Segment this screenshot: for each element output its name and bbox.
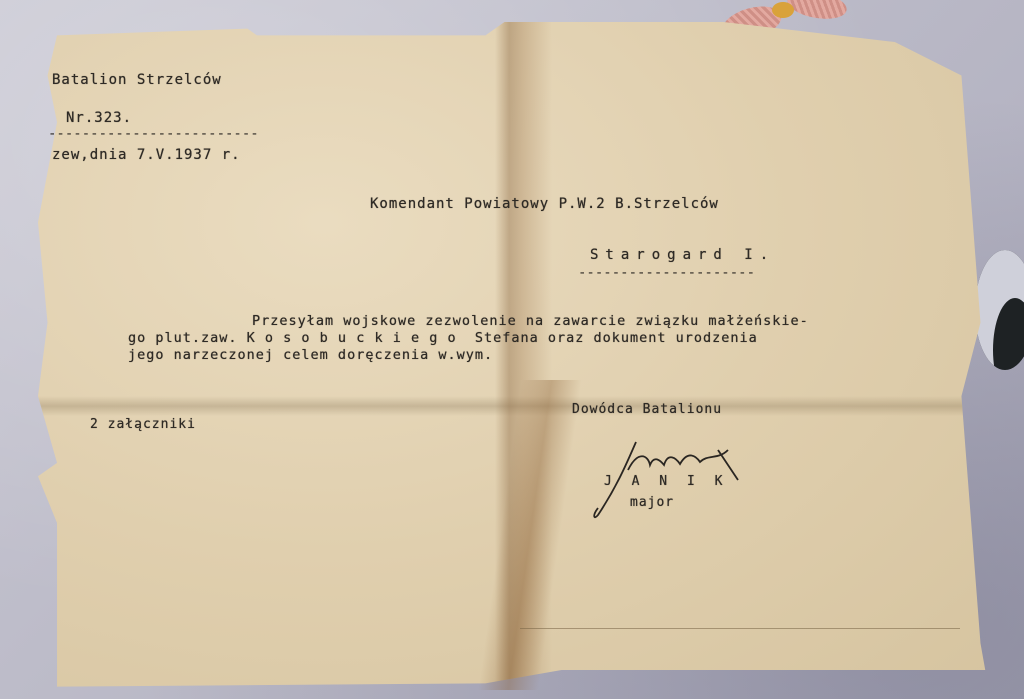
flower-petal [785, 0, 849, 23]
fold-line [520, 628, 960, 629]
enclosures-note: 2 załączniki [90, 417, 196, 432]
body-line-2: go plut.zaw. K o s o b u c k i e g o Ste… [128, 330, 758, 346]
recipient-city: Starogard I. [590, 247, 775, 263]
signer-rank: major [630, 495, 674, 510]
header-unit: Batalion Strzelców [52, 72, 222, 88]
body-line-1: Przesyłam wojskowe zezwolenie na zawarci… [252, 313, 809, 329]
header-place-date: zew,dnia 7.V.1937 r. [52, 147, 241, 163]
body-line-3: jego narzeczonej celem doręczenia w.wym. [128, 347, 493, 363]
recipient-underline: --------------------- [578, 265, 755, 281]
header-number: Nr.323. [66, 110, 132, 126]
signature-title: Dowódca Batalionu [572, 402, 722, 417]
flower-center [772, 2, 794, 18]
signer-name: J A N I K [604, 474, 728, 489]
recipient-line: Komendant Powiatowy P.W.2 B.Strzelców [370, 196, 719, 212]
header-separator: ------------------------- [48, 126, 259, 142]
